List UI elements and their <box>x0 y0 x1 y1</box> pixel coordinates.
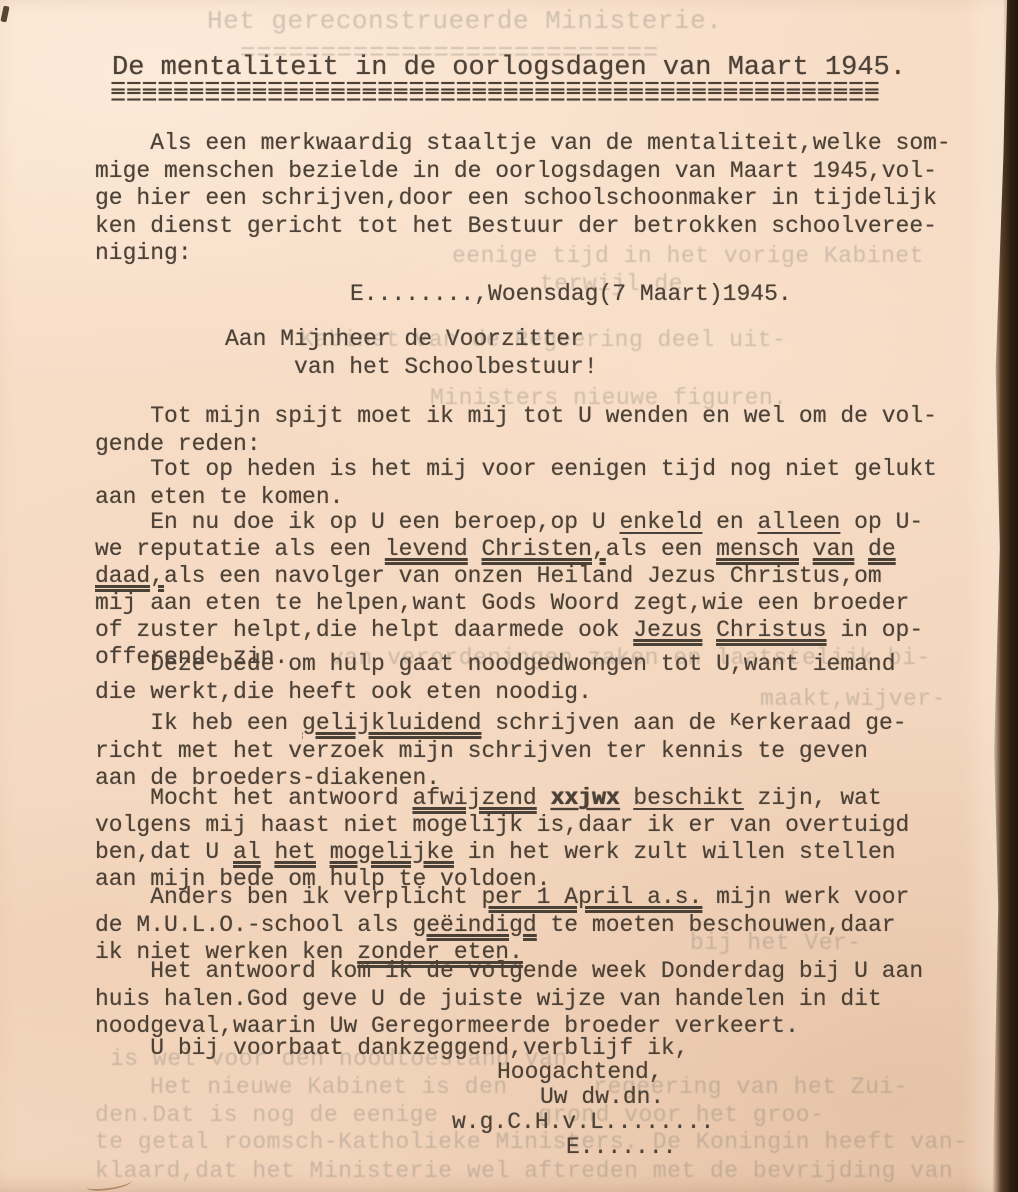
typewritten-line: mige menschen bezielde in de oorlogsdage… <box>95 158 951 186</box>
underlined-text: geëindigd <box>412 912 536 938</box>
text-run: mij aan eten te helpen,want Gods Woord z… <box>95 590 909 616</box>
text-run: richt met het verzoek mijn schrijven ter… <box>95 738 868 764</box>
paragraph-kerkeraad: Ik heb een gelijkluidend schrijven aan d… <box>95 707 907 793</box>
text-run: als een <box>606 536 716 562</box>
underlined-text: mensch <box>716 536 799 562</box>
text-run <box>316 839 330 865</box>
paragraph-slot: Het antwoord kom ik de volgende week Don… <box>95 958 923 1041</box>
text-run: mijn werk voor <box>702 884 909 910</box>
text-run: huis halen.God geve U de juiste wijze va… <box>95 986 882 1012</box>
typewritten-line: richt met het verzoek mijn schrijven ter… <box>95 738 907 766</box>
typewritten-line: de M.U.L.O.-school als geëindigd te moet… <box>95 912 909 940</box>
underlined-text: mogelijke <box>330 839 454 865</box>
paragraph-verplicht: Anders ben ik verplicht per 1 April a.s.… <box>95 884 909 967</box>
text-run <box>537 785 551 811</box>
typewritten-line: Deze bede om hulp gaat noodgedwongen tot… <box>95 651 896 679</box>
text-run: de M.U.L.O.-school als <box>95 912 412 938</box>
typewritten-line: ge hier een schrijven,door een schoolsch… <box>95 185 951 213</box>
typewritten-line: w.g.C.H.v.L........ <box>452 1109 714 1137</box>
typewritten-line: die werkt,die heeft ook eten noodig. <box>95 679 896 707</box>
text-run <box>702 617 716 643</box>
underlined-text: het <box>274 839 315 865</box>
signature: w.g.C.H.v.L........ <box>452 1109 714 1137</box>
text-run: Het antwoord kom ik de volgende week Don… <box>95 958 923 984</box>
text-run: E........,Woensdag(7 Maart)1945. <box>350 281 792 307</box>
text-run: Anders ben ik verplicht <box>95 884 481 910</box>
paragraph-antwoord: Mocht het antwoord afwijzend xxjwx besch… <box>95 785 909 893</box>
text-run: E....... <box>566 1134 676 1160</box>
underlined-text: al <box>233 839 261 865</box>
text-run: Deze bede om hulp gaat noodgedwongen tot… <box>95 651 896 677</box>
typewritten-line: Ik heb een gelijkluidend schrijven aan d… <box>95 707 907 738</box>
address-block: Aan Mijnheer de Voorzitter van het Schoo… <box>225 326 598 381</box>
typewritten-line: huis halen.God geve U de juiste wijze va… <box>95 986 923 1014</box>
text-run: we reputatie als een <box>95 536 385 562</box>
text-run: Mocht het antwoord <box>95 785 412 811</box>
text-run: die werkt,die heeft ook eten noodig. <box>95 679 592 705</box>
text-run: schrijven aan de <box>481 710 729 736</box>
underlined-text: levend <box>385 536 468 562</box>
bleedthrough-fragment: Het gereconstrueerde Ministerie. <box>207 8 722 34</box>
typewritten-line: E........,Woensdag(7 Maart)1945. <box>350 281 792 309</box>
text-run: op U- <box>840 509 923 535</box>
signature-initial: E....... <box>566 1134 676 1162</box>
text-run <box>468 536 482 562</box>
closing-salutation: Hoogachtend, <box>497 1059 663 1087</box>
underlined-text: per 1 April a.s. <box>481 884 702 910</box>
text-run: Hoogachtend, <box>497 1059 663 1085</box>
typewritten-line: ben,dat U al het mogelijke in het werk z… <box>95 839 909 866</box>
typewritten-line: daad,als een navolger van onzen Heiland … <box>95 563 923 590</box>
text-run <box>799 536 813 562</box>
typewritten-line: Hoogachtend, <box>497 1059 663 1087</box>
typewritten-line: Het antwoord kom ik de volgende week Don… <box>95 958 923 986</box>
paragraph-bede: Deze bede om hulp gaat noodgedwongen tot… <box>95 651 896 706</box>
text-run: of zuster helpt,die helpt daarmede ook <box>95 617 633 643</box>
text-run: Aan Mijnheer de Voorzitter <box>225 326 584 352</box>
text-run <box>620 785 634 811</box>
typewritten-line: En nu doe ik op U een beroep,op U enkeld… <box>95 509 923 536</box>
title-rule: ========================================… <box>110 84 879 104</box>
typewritten-line: aan eten te komen. <box>95 484 937 512</box>
underlined-text: van <box>813 536 854 562</box>
text-run: aan eten te komen. <box>95 484 343 510</box>
text-run: ken dienst gericht tot het Bestuur der b… <box>95 213 937 239</box>
text-run: volgens mij haast niet mogelijk is,daar … <box>95 812 909 838</box>
text-run: Uw dw.dn. <box>540 1084 664 1110</box>
text-run: K <box>730 710 741 731</box>
paragraph-intro: Als een merkwaardig staaltje van de ment… <box>95 130 951 268</box>
typewritten-line: E....... <box>566 1134 676 1162</box>
typewritten-line: Mocht het antwoord afwijzend xxjwx besch… <box>95 785 909 812</box>
text-run: in het werk zult willen stellen <box>454 839 896 865</box>
underlined-text: enkeld <box>620 509 703 535</box>
underlined-text: gelijkluidend <box>302 710 481 736</box>
text-run: Ik heb een <box>95 710 302 736</box>
text-run: Tot op heden is het mij voor eenigen tij… <box>95 456 937 482</box>
underlined-text: daad, <box>95 563 164 589</box>
underlined-text: Christus <box>716 617 826 643</box>
text-run: gende reden: <box>95 431 261 457</box>
typewritten-line: van het Schoolbestuur! <box>225 354 598 382</box>
text-run <box>854 536 868 562</box>
text-run: erkeraad ge- <box>741 710 907 736</box>
text-run: w.g.C.H.v.L........ <box>452 1109 714 1135</box>
text-run: mige menschen bezielde in de oorlogsdage… <box>95 158 937 184</box>
underlined-text: beschikt <box>633 785 743 811</box>
typewritten-line: volgens mij haast niet mogelijk is,daar … <box>95 812 909 839</box>
text-run: ge hier een schrijven,door een schoolsch… <box>95 185 937 211</box>
typewritten-line: mij aan eten te helpen,want Gods Woord z… <box>95 590 923 617</box>
bleedthrough-fragment: klaard,dat het Ministerie wel aftreden m… <box>95 1158 953 1184</box>
closing-dw: Uw dw.dn. <box>540 1084 664 1112</box>
text-run: Als een merkwaardig staaltje van de ment… <box>95 130 951 156</box>
typewritten-line: Aan Mijnheer de Voorzitter <box>225 326 598 354</box>
underlined-text: Jezus <box>633 617 702 643</box>
typewritten-line: Als een merkwaardig staaltje van de ment… <box>95 130 951 158</box>
underlined-text: Christen, <box>482 536 606 562</box>
typewritten-line: Uw dw.dn. <box>540 1084 664 1112</box>
text-run: zijn, wat <box>744 785 882 811</box>
text-run: en <box>702 509 757 535</box>
dateline: E........,Woensdag(7 Maart)1945. <box>350 281 792 309</box>
text-run: Tot mijn spijt moet ik mij tot U wenden … <box>95 403 937 429</box>
paragraph-heden: Tot op heden is het mij voor eenigen tij… <box>95 456 937 511</box>
typewritten-line: we reputatie als een levend Christen,als… <box>95 536 923 563</box>
text-run: te moeten beschouwen,daar <box>537 912 896 938</box>
text-run: En nu doe ik op U een beroep,op U <box>95 509 620 535</box>
paragraph-spijt: Tot mijn spijt moet ik mij tot U wenden … <box>95 403 937 458</box>
typewritten-line: Tot mijn spijt moet ik mij tot U wenden … <box>95 403 937 431</box>
underlined-text: afwijzend <box>412 785 536 811</box>
underlined-text: alleen <box>758 509 841 535</box>
text-run: van het Schoolbestuur! <box>225 354 598 380</box>
typewritten-line: niging: <box>95 240 951 268</box>
text-run: niging: <box>95 240 192 266</box>
text-run: U bij voorbaat dankzeggend,verblijf ik, <box>95 1035 689 1061</box>
text-run: in op- <box>827 617 924 643</box>
title-rule-row: ========================================… <box>110 94 879 104</box>
typewritten-line: Anders ben ik verplicht per 1 April a.s.… <box>95 884 909 912</box>
text-run: ben,dat U <box>95 839 233 865</box>
underlined-text: de <box>868 536 896 562</box>
typewritten-line: of zuster helpt,die helpt daarmede ook J… <box>95 617 923 644</box>
typewritten-line: Tot op heden is het mij voor eenigen tij… <box>95 456 937 484</box>
scanned-letter-page: Het gereconstrueerde Ministerie.========… <box>0 0 1018 1192</box>
underlined-text: xxjwx <box>551 785 620 811</box>
typewritten-line: gende reden: <box>95 431 937 459</box>
paragraph-beroep: En nu doe ik op U een beroep,op U enkeld… <box>95 509 923 671</box>
text-run: als een navolger van onzen Heiland Jezus… <box>164 563 882 589</box>
typewritten-line: ken dienst gericht tot het Bestuur der b… <box>95 213 951 241</box>
text-run <box>261 839 275 865</box>
